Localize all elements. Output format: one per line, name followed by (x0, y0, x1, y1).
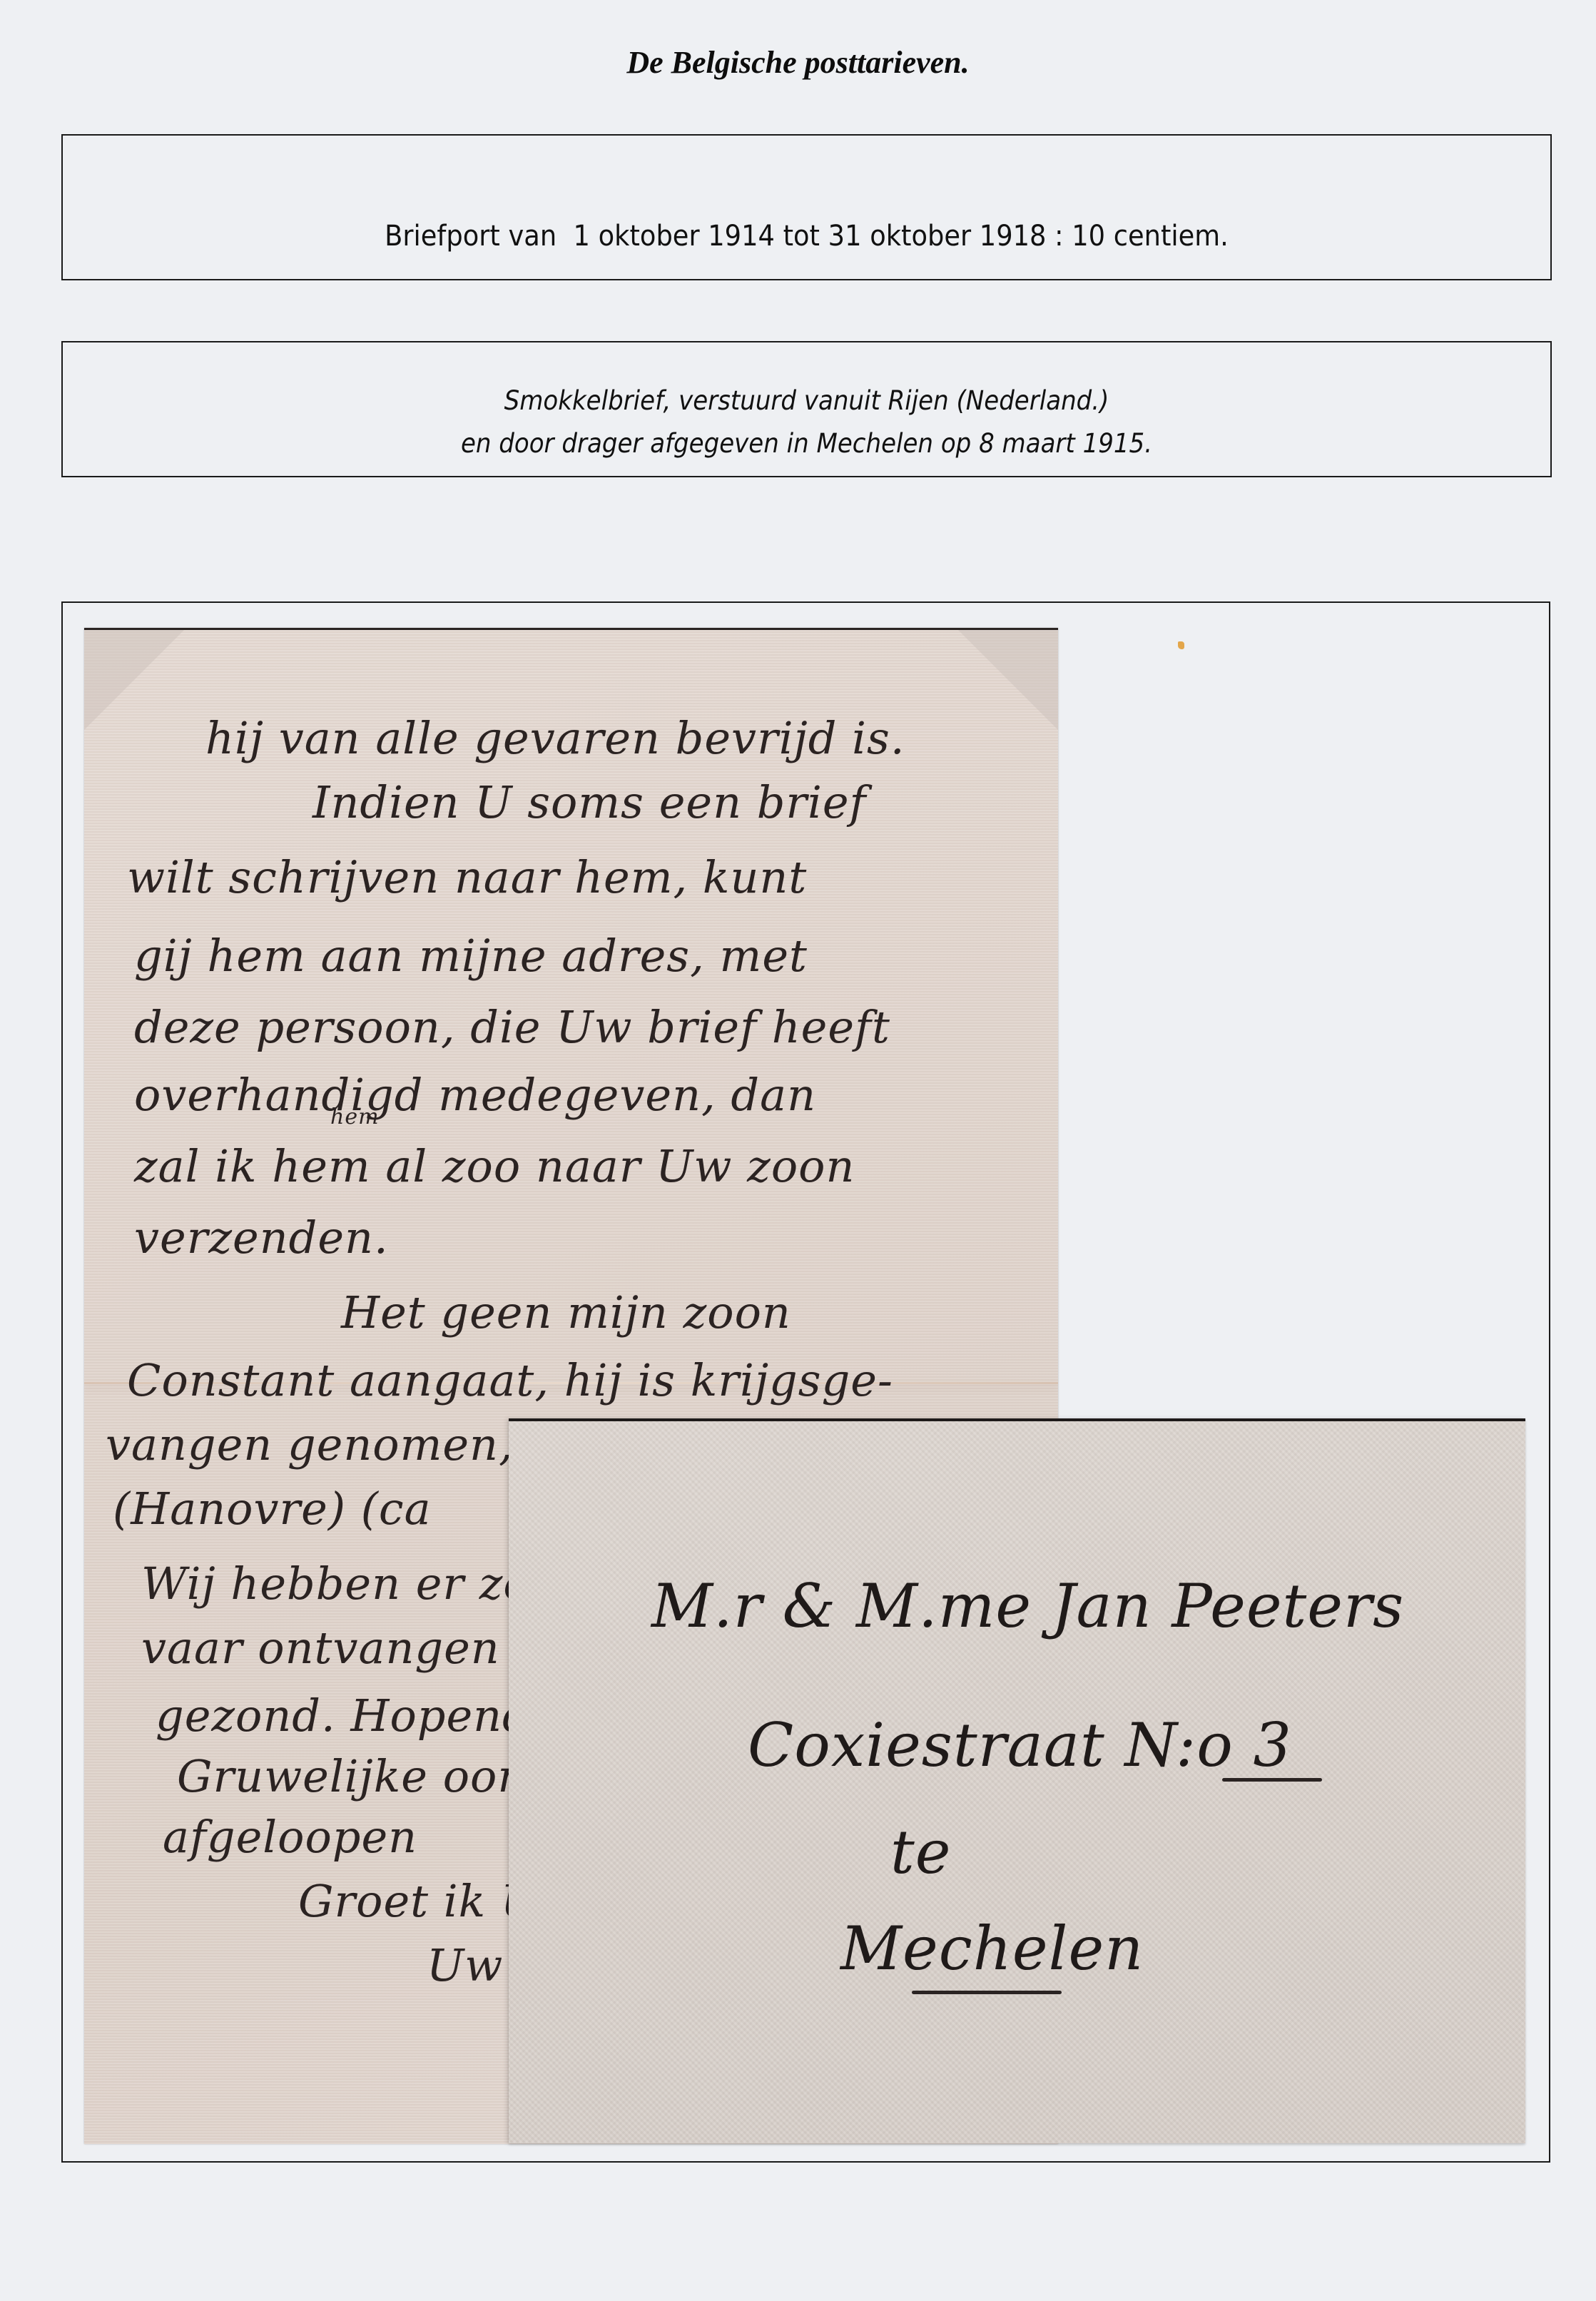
letter-line: Constant aangaat, hij is krijgsge- (127, 1354, 893, 1406)
letter-line: wilt schrijven naar hem, kunt (127, 851, 807, 903)
paper-speck (1178, 641, 1184, 649)
letter-line: vangen genomen, (106, 1418, 514, 1470)
envelope-address-city: Mechelen (840, 1914, 1144, 1983)
description-line-1: Smokkelbrief, verstuurd vanuit Rijen (Ne… (122, 385, 1490, 416)
postal-rate-box: Briefport van 1 oktober 1914 tot 31 okto… (61, 134, 1552, 280)
letter-line: Het geen mijn zoon (341, 1286, 791, 1339)
letter-line: gij hem aan mijne adres, met (134, 930, 808, 982)
envelope-address-te: te (890, 1817, 951, 1887)
letter-line: afgeloopen (163, 1811, 417, 1863)
page-title: De Belgische posttarieven. (0, 44, 1596, 81)
postal-rate-text: Briefport van 1 oktober 1914 tot 31 okto… (122, 220, 1490, 253)
letter-line: hij van alle gevaren bevrijd is. (205, 712, 905, 764)
envelope-address-street: Coxiestraat N:o 3 (748, 1710, 1292, 1780)
letter-line: vaar ontvangen en (141, 1622, 571, 1674)
letter-line: Groet ik U (298, 1875, 539, 1927)
house-number-underline (1222, 1778, 1322, 1782)
letter-line: deze persoon, die Uw brief heeft (134, 1001, 890, 1053)
letter-line: (Hanovre) (ca (113, 1483, 432, 1535)
letter-line: Indien U soms een brief (312, 776, 867, 828)
letter-line: zal ik hem al zoo naar Uw zoon (134, 1140, 855, 1192)
letter-line: Uw (427, 1939, 503, 1991)
letter-line: overhandigd medegeven, dan (134, 1069, 816, 1121)
description-line-2: en door drager afgegeven in Mechelen op … (122, 428, 1490, 459)
city-underline (912, 1991, 1062, 1994)
envelope-address-name: M.r & M.me Jan Peeters (651, 1571, 1404, 1641)
item-description-box: Smokkelbrief, verstuurd vanuit Rijen (Ne… (61, 341, 1552, 477)
mount-corner-top-right (958, 630, 1058, 730)
mount-corner-top-left (84, 630, 184, 730)
letter-line: gezond. Hopende (156, 1690, 559, 1742)
letter-line: Gruwelijke oorlo (177, 1750, 561, 1802)
letter-line: verzenden. (134, 1212, 389, 1264)
envelope: M.r & M.me Jan Peeters Coxiestraat N:o 3… (509, 1418, 1525, 2143)
letter-insert: hem (330, 1104, 380, 1129)
